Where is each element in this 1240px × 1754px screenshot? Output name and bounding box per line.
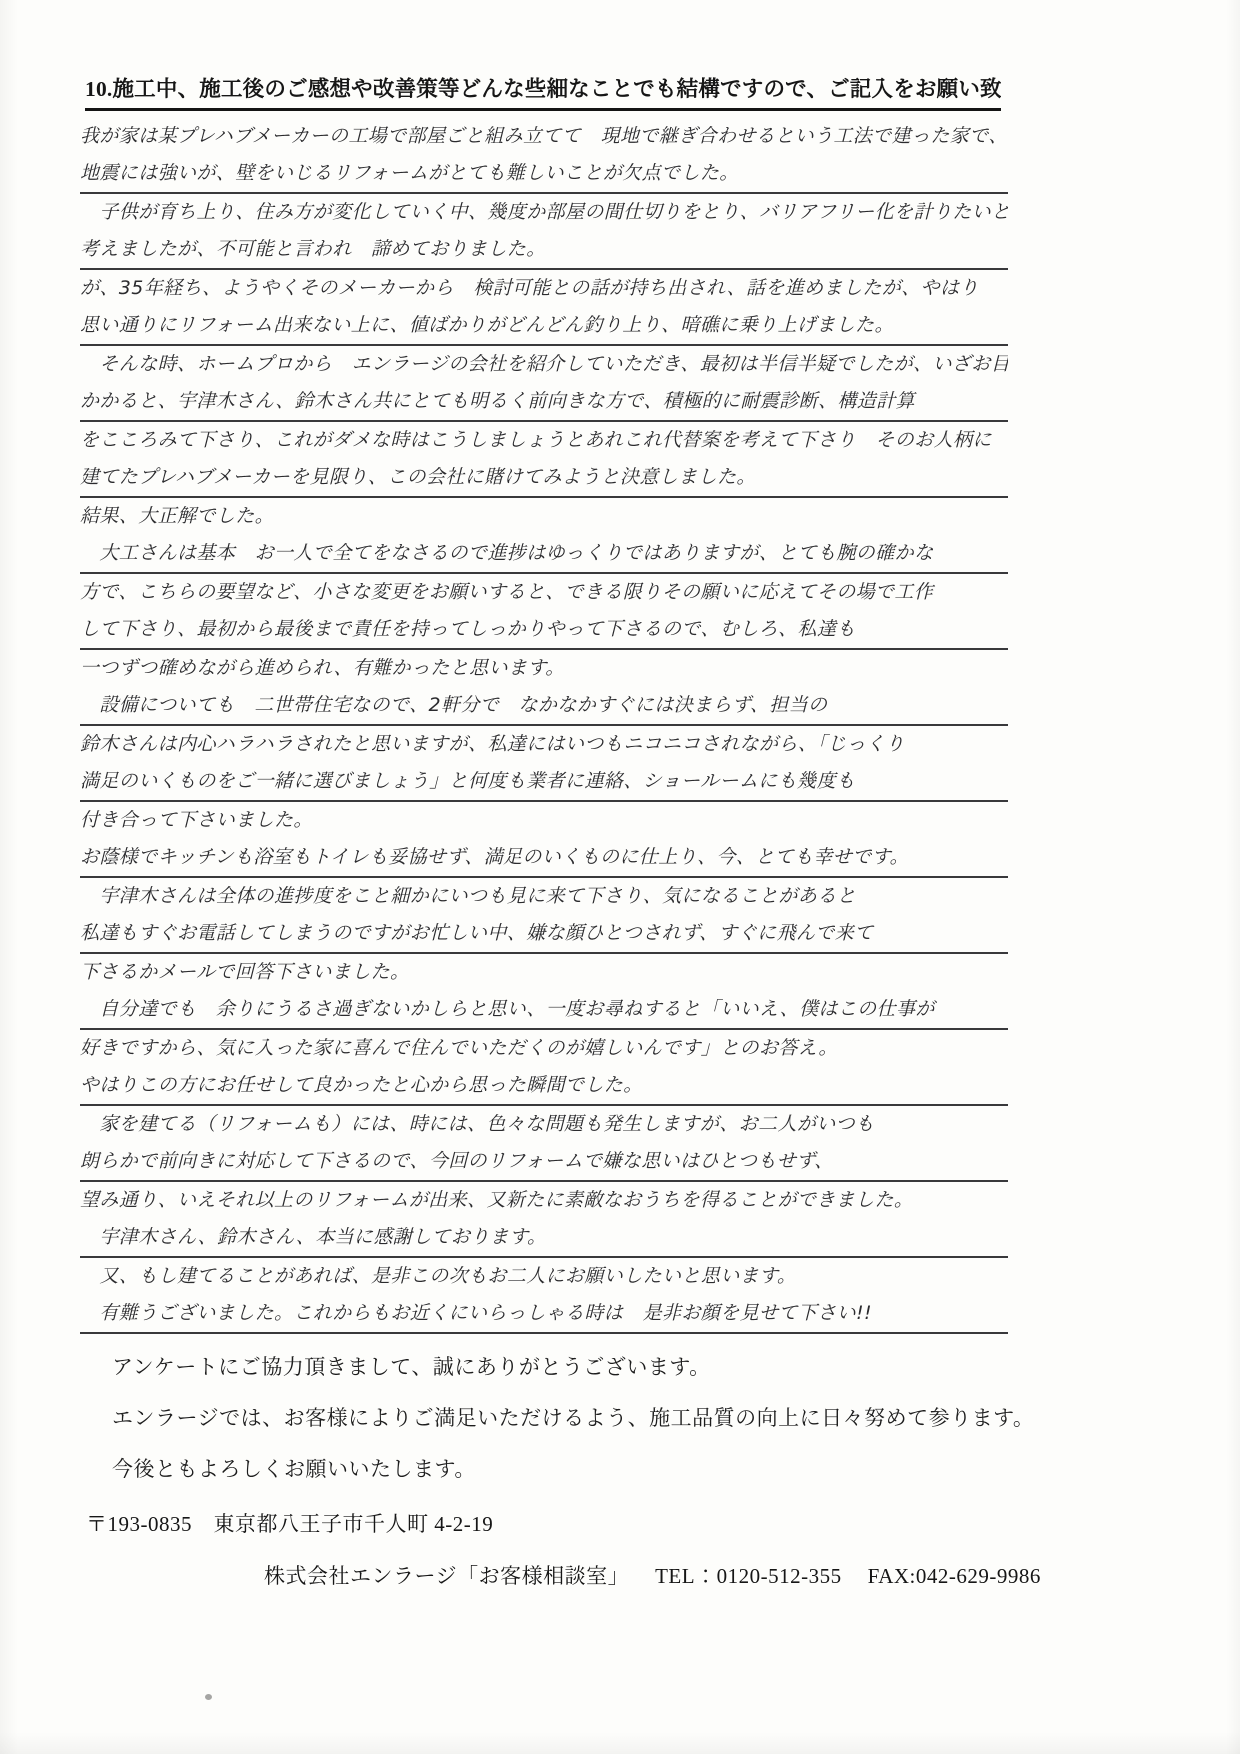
- company-fax: FAX:042-629-9986: [868, 1564, 1041, 1588]
- company-contact-line: 株式会社エンラージ「お客様相談室」TEL：0120-512-355FAX:042…: [86, 1560, 1156, 1590]
- closing-thanks-block: アンケートにご協力頂きまして、誠にありがとうございます。 エンラージでは、お客様…: [112, 1352, 1122, 1505]
- handwritten-line: かかると、宇津木さん、鈴木さん共にとても明るく前向きな方で、積極的に耐震診断、構…: [80, 383, 1008, 422]
- handwritten-line: 我が家は某プレハブメーカーの工場で部屋ごと組み立てて 現地で継ぎ合わせるという工…: [80, 118, 1008, 155]
- thanks-line-3: 今後ともよろしくお願いいたします。: [112, 1454, 1122, 1484]
- handwritten-line: 朗らかで前向きに対応して下さるので、今回のリフォームで嫌な思いはひとつもせず、: [80, 1143, 1008, 1182]
- handwritten-line: 地震には強いが、壁をいじるリフォームがとても難しいことが欠点でした。: [80, 155, 1008, 194]
- scan-speck: [205, 1694, 212, 1700]
- handwritten-line: 有難うございました。これからもお近くにいらっしゃる時は 是非お顔を見せて下さい!…: [80, 1295, 1008, 1334]
- handwritten-line: 考えましたが、不可能と言われ 諦めておりました。: [80, 231, 1008, 270]
- handwritten-line: 望み通り、いえそれ以上のリフォームが出来、又新たに素敵なおうちを得ることができま…: [80, 1182, 1008, 1219]
- handwritten-line: 建てたプレハブメーカーを見限り、この会社に賭けてみようと決意しました。: [80, 459, 1008, 498]
- handwritten-line: 私達もすぐお電話してしまうのですがお忙しい中、嫌な顔ひとつされず、すぐに飛んで来…: [80, 915, 1008, 954]
- thanks-line-2: エンラージでは、お客様によりご満足いただけるよう、施工品質の向上に日々努めて参り…: [112, 1403, 1122, 1433]
- company-name: 株式会社エンラージ「お客様相談室」: [264, 1564, 629, 1588]
- handwritten-line: 自分達でも 余りにうるさ過ぎないかしらと思い、一度お尋ねすると「いいえ、僕はこの…: [80, 991, 1008, 1030]
- survey-question-10: 10.施工中、施工後のご感想や改善策等どんな些細なことでも結構ですので、ご記入を…: [85, 72, 1001, 111]
- handwritten-line: 宇津木さん、鈴木さん、本当に感謝しております。: [80, 1219, 1008, 1258]
- handwritten-line: 又、もし建てることがあれば、是非この次もお二人にお願いしたいと思います。: [80, 1258, 1008, 1295]
- company-address: 〒193-0835 東京都八王子市千人町 4-2-19: [86, 1508, 1156, 1538]
- handwritten-line: 下さるかメールで回答下さいました。: [80, 954, 1008, 991]
- handwritten-line: して下さり、最初から最後まで責任を持ってしっかりやって下さるので、むしろ、私達も: [80, 611, 1008, 650]
- handwritten-line: 好きですから、気に入った家に喜んで住んでいただくのが嬉しいんです」とのお答え。: [80, 1030, 1008, 1067]
- company-contact-block: 〒193-0835 東京都八王子市千人町 4-2-19 株式会社エンラージ「お客…: [86, 1508, 1156, 1590]
- handwritten-line: 設備についても 二世帯住宅なので、2軒分で なかなかすぐには決まらず、担当の: [80, 687, 1008, 726]
- handwritten-line: 思い通りにリフォーム出来ない上に、値ばかりがどんどん釣り上り、暗礁に乗り上げまし…: [80, 307, 1008, 346]
- handwritten-line: 満足のいくものをご一緒に選びましょう」と何度も業者に連絡、ショールームにも幾度も: [80, 763, 1008, 802]
- handwritten-line: 方で、こちらの要望など、小さな変更をお願いすると、できる限りその願いに応えてその…: [80, 574, 1008, 611]
- handwritten-line: お蔭様でキッチンも浴室もトイレも妥協せず、満足のいくものに仕上り、今、とても幸せ…: [80, 839, 1008, 878]
- handwritten-line: やはりこの方にお任せして良かったと心から思った瞬間でした。: [80, 1067, 1008, 1106]
- handwritten-line: そんな時、ホームプロから エンラージの会社を紹介していただき、最初は半信半疑でし…: [80, 346, 1008, 383]
- handwritten-response: 我が家は某プレハブメーカーの工場で部屋ごと組み立てて 現地で継ぎ合わせるという工…: [80, 118, 1008, 1334]
- handwritten-line: 鈴木さんは内心ハラハラされたと思いますが、私達にはいつもニコニコされながら、「じ…: [80, 726, 1008, 763]
- handwritten-line: 結果、大正解でした。: [80, 498, 1008, 535]
- handwritten-line: 一つずつ確めながら進められ、有難かったと思います。: [80, 650, 1008, 687]
- handwritten-line: が、35年経ち、ようやくそのメーカーから 検討可能との話が持ち出され、話を進めま…: [80, 270, 1008, 307]
- scanned-survey-page: 10.施工中、施工後のご感想や改善策等どんな些細なことでも結構ですので、ご記入を…: [0, 0, 1240, 1754]
- thanks-line-1: アンケートにご協力頂きまして、誠にありがとうございます。: [112, 1352, 1122, 1382]
- handwritten-line: 子供が育ち上り、住み方が変化していく中、幾度か部屋の間仕切りをとり、バリアフリー…: [80, 194, 1008, 231]
- company-tel: TEL：0120-512-355: [655, 1564, 841, 1588]
- handwritten-line: 家を建てる（リフォームも）には、時には、色々な問題も発生しますが、お二人がいつも: [80, 1106, 1008, 1143]
- handwritten-line: 付き合って下さいました。: [80, 802, 1008, 839]
- handwritten-line: をこころみて下さり、これがダメな時はこうしましょうとあれこれ代替案を考えて下さり…: [80, 422, 1008, 459]
- handwritten-line: 大工さんは基本 お一人で全てをなさるので進捗はゆっくりではありますが、とても腕の…: [80, 535, 1008, 574]
- handwritten-line: 宇津木さんは全体の進捗度をこと細かにいつも見に来て下さり、気になることがあると: [80, 878, 1008, 915]
